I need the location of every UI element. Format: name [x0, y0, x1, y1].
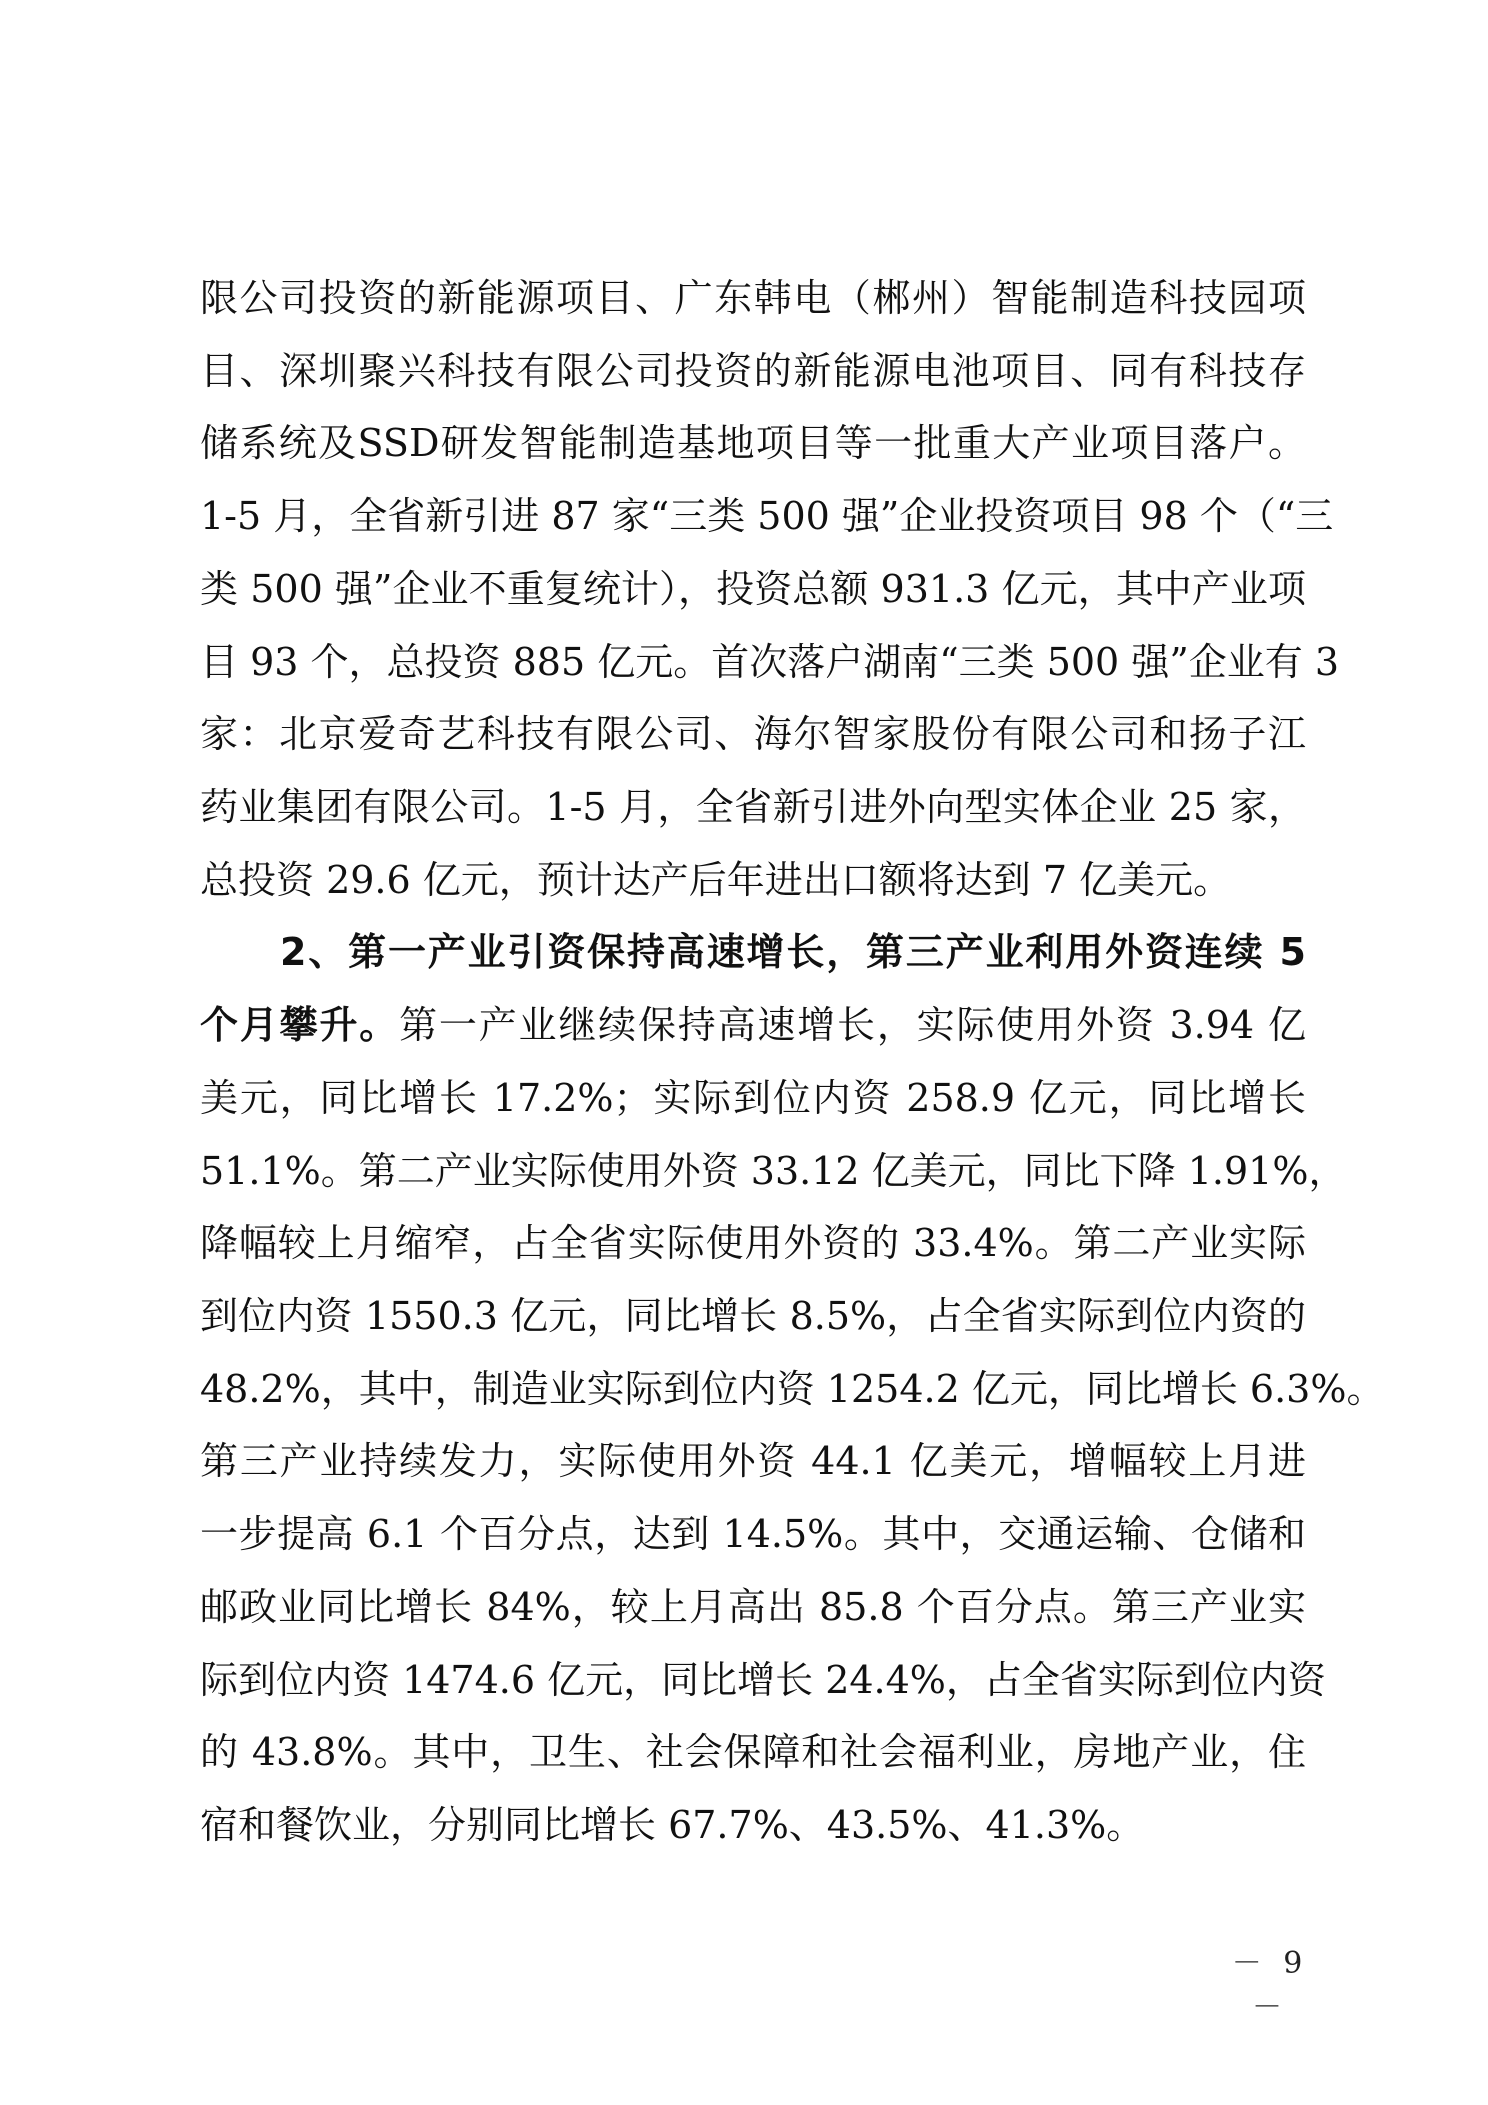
- text-line: 邮政业同比增长 84%，较上月高出 85.8 个百分点。第三产业实: [200, 1577, 1306, 1637]
- text-line: 目、深圳聚兴科技有限公司投资的新能源电池项目、同有科技存: [200, 341, 1306, 401]
- text-line: 个月攀升。第一产业继续保持高速增长，实际使用外资 3.94 亿: [200, 995, 1306, 1055]
- section-heading-continued: 个月攀升。: [200, 1003, 399, 1047]
- document-page: 限公司投资的新能源项目、广东韩电（郴州）智能制造科技园项 目、深圳聚兴科技有限公…: [0, 0, 1488, 2105]
- text-line: 到位内资 1550.3 亿元，同比增长 8.5%，占全省实际到位内资的: [200, 1286, 1306, 1346]
- text-line: 的 43.8%。其中，卫生、社会保障和社会福利业，房地产业，住: [200, 1722, 1306, 1782]
- text-line: 际到位内资 1474.6 亿元，同比增长 24.4%，占全省实际到位内资: [200, 1650, 1306, 1710]
- text-line: 类 500 强”企业不重复统计），投资总额 931.3 亿元，其中产业项: [200, 559, 1306, 619]
- text-line: 降幅较上月缩窄，占全省实际使用外资的 33.4%。第二产业实际: [200, 1213, 1306, 1273]
- text-line: 储系统及SSD研发智能制造基地项目等一批重大产业项目落户。: [200, 413, 1306, 473]
- text-line: 51.1%。第二产业实际使用外资 33.12 亿美元，同比下降 1.91%，: [200, 1141, 1306, 1201]
- text-line: 家：北京爱奇艺科技有限公司、海尔智家股份有限公司和扬子江: [200, 704, 1306, 764]
- text-line: 总投资 29.6 亿元，预计达产后年进出口额将达到 7 亿美元。: [200, 850, 1306, 910]
- text-line: 药业集团有限公司。1-5 月，全省新引进外向型实体企业 25 家，: [200, 777, 1306, 837]
- text-line: 一步提高 6.1 个百分点，达到 14.5%。其中，交通运输、仓储和: [200, 1504, 1306, 1564]
- text-line: 目 93 个，总投资 885 亿元。首次落户湖南“三类 500 强”企业有 3: [200, 632, 1306, 692]
- section-heading: 2、第一产业引资保持高速增长，第三产业利用外资连续 5: [280, 922, 1306, 982]
- text-line: 宿和餐饮业，分别同比增长 67.7%、43.5%、41.3%。: [200, 1795, 1306, 1855]
- text-line: 限公司投资的新能源项目、广东韩电（郴州）智能制造科技园项: [200, 268, 1306, 328]
- text-line: 第三产业持续发力，实际使用外资 44.1 亿美元，增幅较上月进: [200, 1431, 1306, 1491]
- page-number: － 9 －: [1230, 1938, 1310, 2026]
- text-line: 48.2%，其中，制造业实际到位内资 1254.2 亿元，同比增长 6.3%。: [200, 1359, 1306, 1419]
- text-line: 1-5 月，全省新引进 87 家“三类 500 强”企业投资项目 98 个（“三: [200, 486, 1306, 546]
- text-segment: 第一产业继续保持高速增长，实际使用外资 3.94 亿: [399, 1003, 1306, 1047]
- text-line: 美元，同比增长 17.2%；实际到位内资 258.9 亿元，同比增长: [200, 1068, 1306, 1128]
